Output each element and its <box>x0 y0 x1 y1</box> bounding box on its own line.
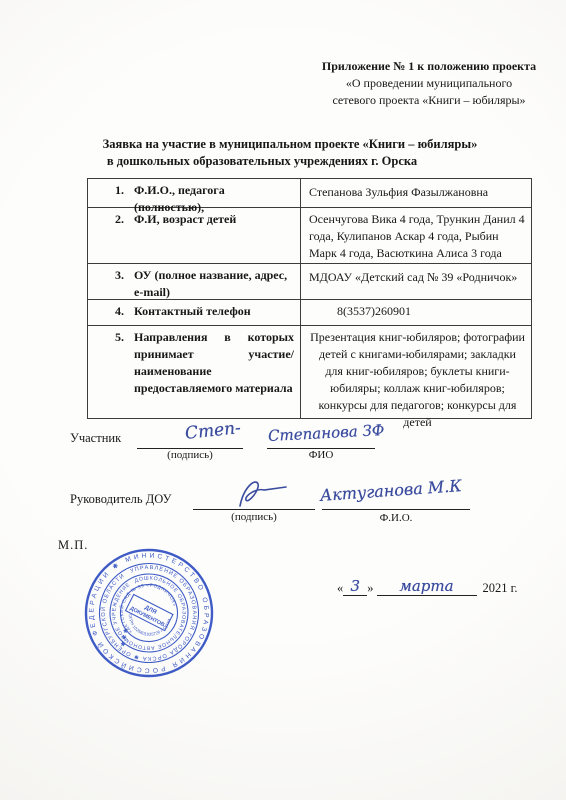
table-row: 5. Направления в которых принимает участ… <box>88 325 531 418</box>
row-value: Осенчугова Вика 4 года, Трункин Данил 4 … <box>301 208 531 263</box>
date-year: 2021 г. <box>480 581 518 596</box>
organization-stamp: МИНИСТЕРСТВО ОБРАЗОВАНИЯ РОССИЙСКОЙ ФЕДЕ… <box>73 537 225 689</box>
table-row: 4. Контактный телефон 8(3537)260901 <box>88 299 531 325</box>
table-row: 1. Ф.И.О., педагога (полностью), Степано… <box>88 179 531 207</box>
participant-label: Участник <box>70 431 121 446</box>
podpis-caption: (подпись) <box>137 449 243 461</box>
date-row: « 3 » марта 2021 г. <box>337 574 517 596</box>
appendix-block: Приложение № 1 к положению проекта «О пр… <box>300 58 558 109</box>
svg-text:МИНИСТЕРСТВО ОБРАЗОВАНИЯ РОССИ: МИНИСТЕРСТВО ОБРАЗОВАНИЯ РОССИЙСКОЙ ФЕДЕ… <box>73 537 225 689</box>
scanned-application-page: Приложение № 1 к положению проекта «О пр… <box>0 0 566 800</box>
row-value: 8(3537)260901 <box>301 300 531 325</box>
row-label-cell: 5. Направления в которых принимает участ… <box>88 326 301 418</box>
head-label: Руководитель ДОУ <box>70 492 171 507</box>
head-signature-squiggle <box>234 476 298 512</box>
row-label-cell: 3. ОУ (полное название, адрес, e-mail) <box>88 264 301 299</box>
head-fio-caption: Ф.И.О. <box>322 512 470 524</box>
row-label: Контактный телефон <box>134 303 294 323</box>
row-number: 5. <box>88 329 134 416</box>
page-title: Заявка на участие в муниципальном проект… <box>60 136 520 170</box>
row-number: 1. <box>88 182 134 205</box>
date-close-quote: » <box>367 581 373 596</box>
row-number: 4. <box>88 303 134 323</box>
stamp-ring-outer-text: МИНИСТЕРСТВО ОБРАЗОВАНИЯ РОССИЙСКОЙ ФЕДЕ… <box>73 537 225 689</box>
row-value: МДОАУ «Детский сад № 39 «Родничок» <box>301 264 531 299</box>
stamp-svg: МИНИСТЕРСТВО ОБРАЗОВАНИЯ РОССИЙСКОЙ ФЕДЕ… <box>73 537 225 689</box>
row-label-cell: 4. Контактный телефон <box>88 300 301 325</box>
date-month-handwriting: марта <box>399 577 453 595</box>
row-label: Ф.И.О., педагога (полностью), <box>134 182 294 205</box>
row-value: Презентация книг-юбиляров; фотографии де… <box>301 326 531 418</box>
table-row: 3. ОУ (полное название, адрес, e-mail) М… <box>88 263 531 299</box>
table-row: 2. Ф.И, возраст детей Осенчугова Вика 4 … <box>88 207 531 263</box>
appendix-line-1: Приложение № 1 к положению проекта <box>300 58 558 75</box>
row-label: Направления в которых принимает участие/… <box>134 329 294 416</box>
application-table: 1. Ф.И.О., педагога (полностью), Степано… <box>87 178 532 419</box>
row-label: Ф.И, возраст детей <box>134 211 294 261</box>
date-day-underline: 3 <box>343 578 367 596</box>
row-number: 3. <box>88 267 134 297</box>
title-line-1: Заявка на участие в муниципальном проект… <box>60 136 520 153</box>
fio-caption: ФИО <box>267 449 375 461</box>
title-line-2: в дошкольных образовательных учреждениях… <box>32 153 492 170</box>
row-label: ОУ (полное название, адрес, e-mail) <box>134 267 294 297</box>
row-value: Степанова Зульфия Фазылжановна <box>301 179 531 207</box>
appendix-line-2: «О проведении муниципального <box>300 75 558 92</box>
date-day-handwriting: 3 <box>350 577 360 595</box>
row-label-cell: 1. Ф.И.О., педагога (полностью), <box>88 179 301 207</box>
head-podpis-caption: (подпись) <box>193 511 315 523</box>
row-label-cell: 2. Ф.И, возраст детей <box>88 208 301 263</box>
date-month-underline: марта <box>377 578 477 596</box>
appendix-line-3: сетевого проекта «Книги – юбиляры» <box>300 92 558 109</box>
row-number: 2. <box>88 211 134 261</box>
